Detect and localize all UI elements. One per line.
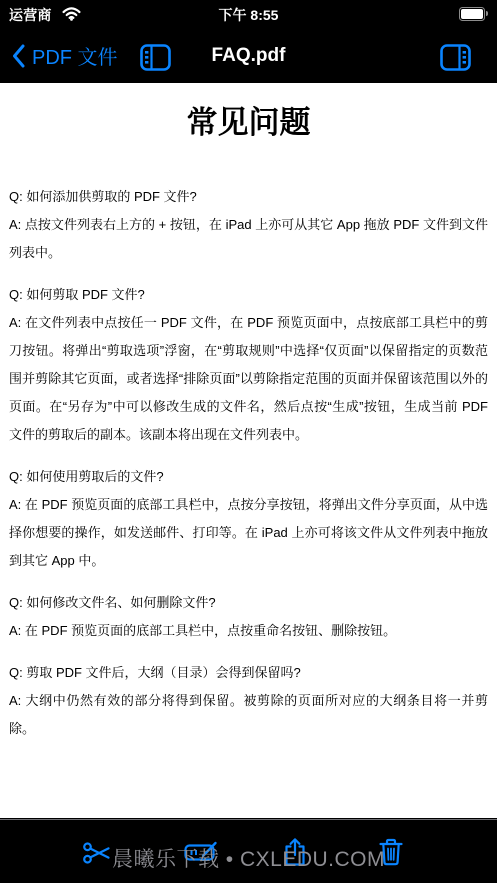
battery-icon bbox=[459, 7, 485, 21]
watermark: 晨曦乐下载 • CXLEDU.COM bbox=[0, 843, 497, 873]
cut-button[interactable] bbox=[82, 841, 112, 865]
qa-block: Q: 如何修改文件名、如何删除文件? A: 在 PDF 预览页面的底部工具栏中，… bbox=[9, 589, 488, 645]
pdf-viewer-screen: 运营商 下午 8:55 PDF 文件 bbox=[0, 0, 497, 883]
page-title: FAQ.pdf bbox=[0, 45, 497, 67]
qa-question: Q: 如何剪取 PDF 文件? bbox=[9, 281, 488, 309]
qa-block: Q: 如何添加供剪取的 PDF 文件? A: 点按文件列表右上方的 + 按钮，在… bbox=[9, 183, 488, 267]
qa-answer: A: 点按文件列表右上方的 + 按钮，在 iPad 上亦可从其它 App 拖放 … bbox=[9, 211, 488, 267]
pages-panel-button[interactable] bbox=[440, 44, 471, 71]
qa-block: Q: 如何剪取 PDF 文件? A: 在文件列表中点按任一 PDF 文件，在 P… bbox=[9, 281, 488, 449]
qa-answer: A: 在 PDF 预览页面的底部工具栏中，点按重命名按钮、删除按钮。 bbox=[9, 617, 488, 645]
trash-icon bbox=[379, 838, 403, 866]
document-title: 常见问题 bbox=[9, 103, 488, 143]
qa-answer: A: 在文件列表中点按任一 PDF 文件，在 PDF 预览页面中，点按底部工具栏… bbox=[9, 309, 488, 449]
rename-icon bbox=[184, 840, 218, 864]
qa-question: Q: 如何添加供剪取的 PDF 文件? bbox=[9, 183, 488, 211]
qa-answer: A: 大纲中仍然有效的部分将得到保留。被剪除的页面所对应的大纲条目将一并剪除。 bbox=[9, 687, 488, 743]
nav-bar: PDF 文件 FAQ.pdf bbox=[0, 28, 497, 83]
rename-button[interactable] bbox=[184, 840, 218, 864]
status-bar: 运营商 下午 8:55 bbox=[0, 0, 497, 28]
sidebar-right-icon bbox=[440, 44, 471, 71]
faq-list: Q: 如何添加供剪取的 PDF 文件? A: 点按文件列表右上方的 + 按钮，在… bbox=[9, 183, 488, 743]
qa-block: Q: 剪取 PDF 文件后，大纲（目录）会得到保留吗? A: 大纲中仍然有效的部… bbox=[9, 659, 488, 743]
qa-question: Q: 剪取 PDF 文件后，大纲（目录）会得到保留吗? bbox=[9, 659, 488, 687]
delete-button[interactable] bbox=[379, 838, 403, 866]
pdf-page[interactable]: 常见问题 Q: 如何添加供剪取的 PDF 文件? A: 点按文件列表右上方的 +… bbox=[0, 83, 497, 818]
qa-answer: A: 在 PDF 预览页面的底部工具栏中，点按分享按钮，将弹出文件分享页面，从中… bbox=[9, 491, 488, 575]
share-button[interactable] bbox=[282, 837, 308, 867]
share-icon bbox=[282, 837, 308, 867]
qa-question: Q: 如何使用剪取后的文件? bbox=[9, 463, 488, 491]
clock: 下午 8:55 bbox=[0, 5, 497, 25]
bottom-toolbar: 晨曦乐下载 • CXLEDU.COM bbox=[0, 819, 497, 883]
scissors-icon bbox=[82, 841, 112, 865]
qa-block: Q: 如何使用剪取后的文件? A: 在 PDF 预览页面的底部工具栏中，点按分享… bbox=[9, 463, 488, 575]
qa-question: Q: 如何修改文件名、如何删除文件? bbox=[9, 589, 488, 617]
